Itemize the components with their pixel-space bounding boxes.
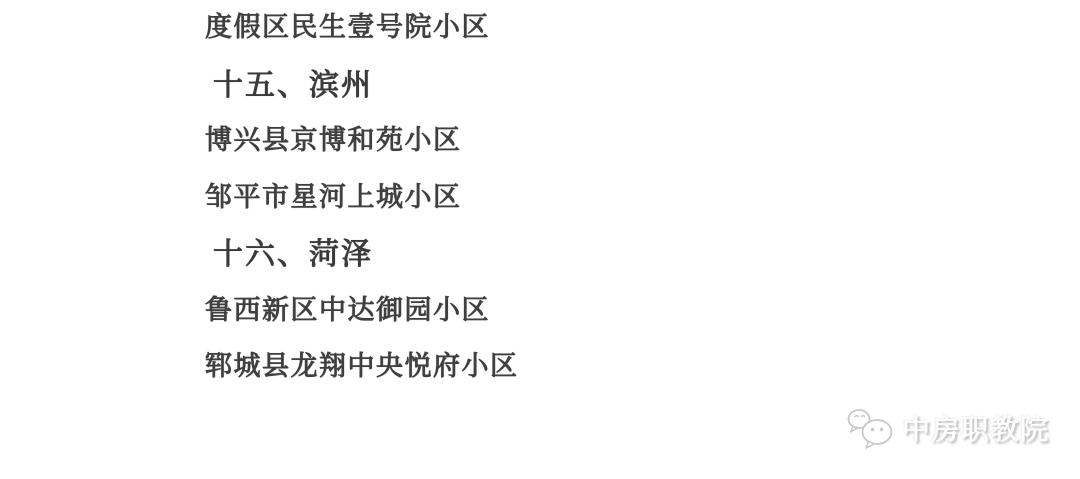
community-item: 郓城县龙翔中央悦府小区 xyxy=(205,351,519,408)
community-item: 鲁西新区中达御园小区 xyxy=(205,295,519,352)
community-item: 博兴县京博和苑小区 xyxy=(205,125,519,182)
city-heading: 十六、菏泽 xyxy=(205,238,519,295)
city-heading: 十五、滨州 xyxy=(205,69,519,126)
wechat-icon xyxy=(846,406,896,450)
community-item: 度假区民生壹号院小区 xyxy=(205,12,519,69)
document-page: 度假区民生壹号院小区十五、滨州博兴县京博和苑小区邹平市星河上城小区十六、菏泽鲁西… xyxy=(0,0,1080,479)
watermark: 中房职教院 xyxy=(846,406,1050,450)
community-item: 邹平市星河上城小区 xyxy=(205,182,519,239)
watermark-label: 中房职教院 xyxy=(902,408,1050,448)
community-list: 度假区民生壹号院小区十五、滨州博兴县京博和苑小区邹平市星河上城小区十六、菏泽鲁西… xyxy=(205,12,519,408)
